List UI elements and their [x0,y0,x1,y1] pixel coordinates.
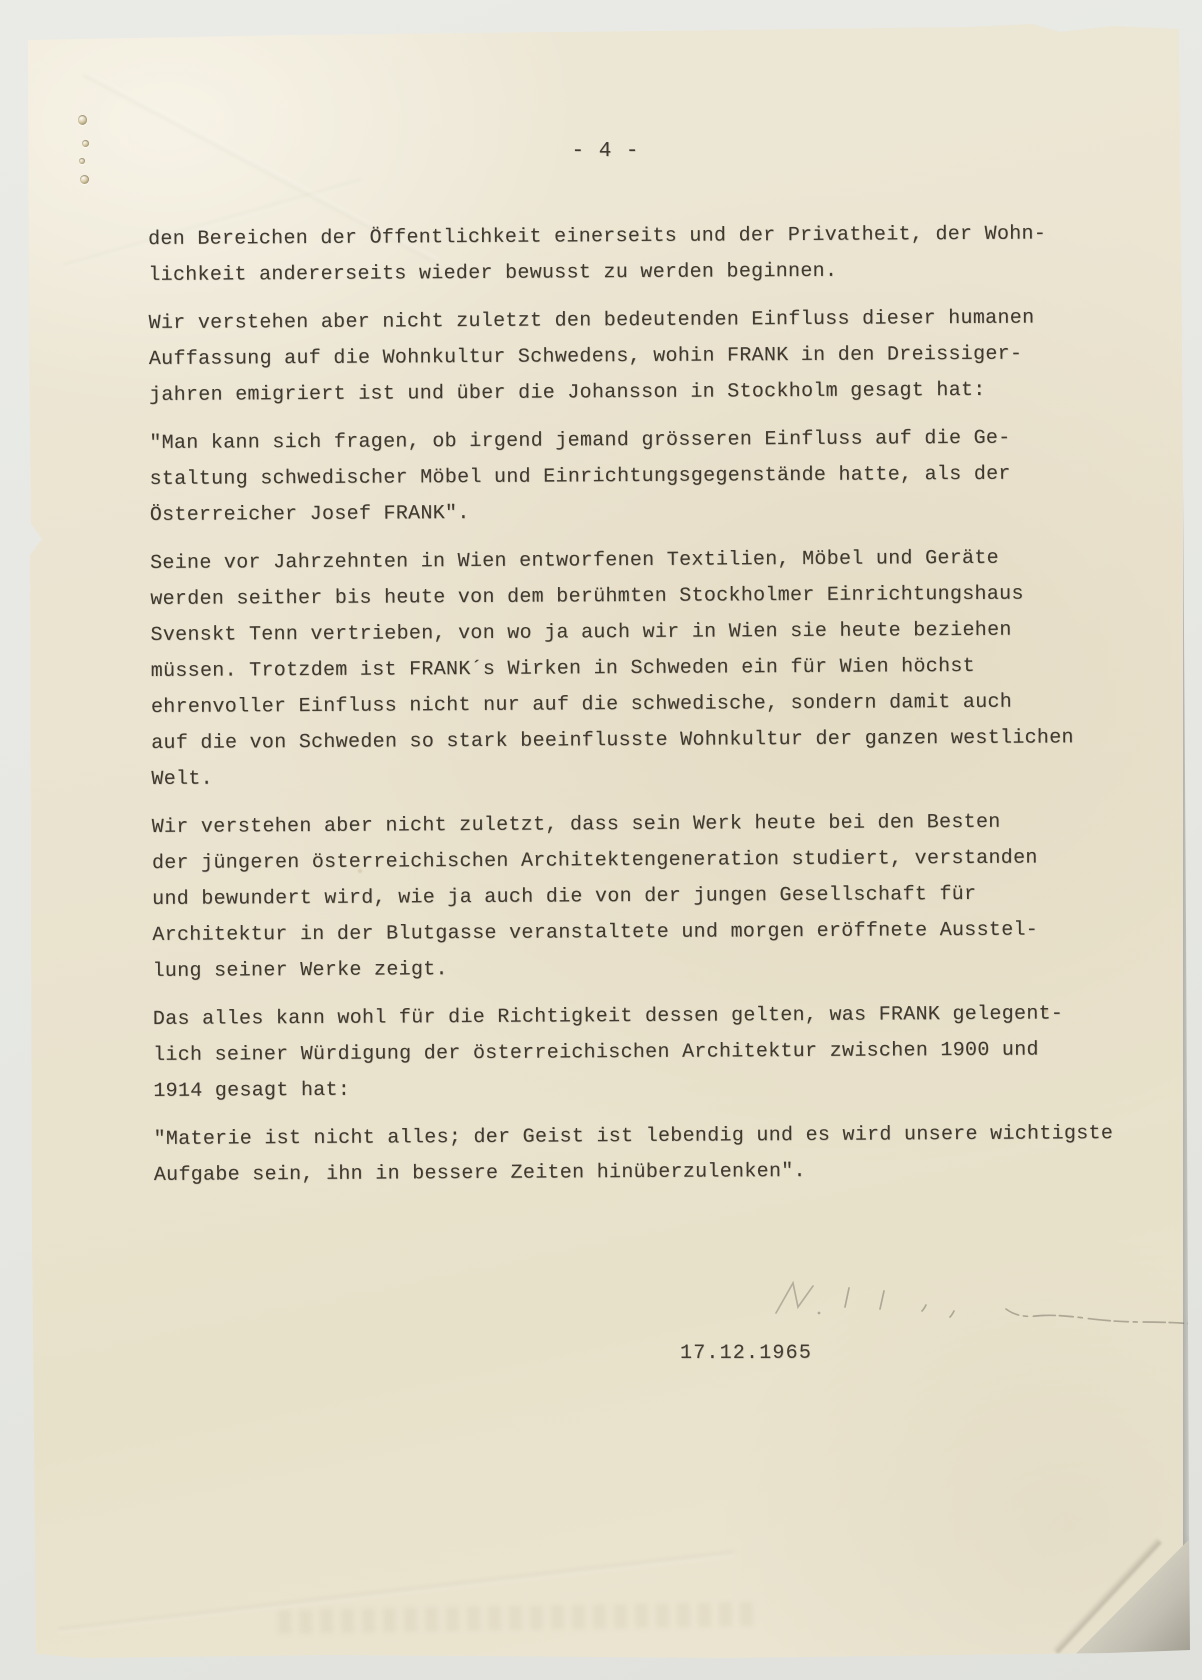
pin-hole [80,175,89,184]
paragraph: Das alles kann wohl für die Richtigkeit … [153,996,1194,1110]
text-line: lung seiner Werke zeigt. [152,948,1192,990]
ghost-impression [278,1602,758,1634]
text-line: den Bereichen der Öffentlichkeit einerse… [148,216,1188,258]
text-line: der jüngeren österreichischen Architekte… [152,840,1192,882]
paragraph: Wir verstehen aber nicht zuletzt, dass s… [152,804,1193,990]
corner-fold [1064,1536,1190,1658]
text-line: 1914 gesagt hat: [153,1068,1193,1110]
text-line: "Materie ist nicht alles; der Geist ist … [153,1116,1193,1158]
text-line: auf die von Schweden so stark beeinfluss… [151,720,1191,762]
text-line: Österreicher Josef FRANK". [150,492,1190,534]
text-line: Architektur in der Blutgasse veranstalte… [152,912,1192,954]
paragraph: den Bereichen der Öffentlichkeit einerse… [148,216,1188,294]
photo-background: - 4 - den Bereichen der Öffentlichkeit e… [0,0,1202,1680]
paragraph: "Materie ist nicht alles; der Geist ist … [153,1116,1193,1194]
typewritten-text: den Bereichen der Öffentlichkeit einerse… [148,216,1194,1206]
text-line: lichkeit andererseits wieder bewusst zu … [148,252,1188,294]
page-number: - 4 - [28,140,1183,163]
text-line: lich seiner Würdigung der österreichisch… [153,1032,1193,1074]
paragraph: "Man kann sich fragen, ob irgend jemand … [149,420,1190,534]
text-line: Aufgabe sein, ihn in bessere Zeiten hinü… [154,1152,1194,1194]
paragraph: Seine vor Jahrzehnten in Wien entworfene… [150,540,1192,798]
text-line: Wir verstehen aber nicht zuletzt den bed… [149,300,1189,342]
text-line: Welt. [151,756,1191,798]
text-line: jahren emigriert ist und über die Johans… [149,372,1189,414]
document-page: - 4 - den Bereichen der Öffentlichkeit e… [28,24,1183,1658]
paragraph: Wir verstehen aber nicht zuletzt den bed… [149,300,1190,414]
pin-hole [78,115,87,125]
pencil-signature [700,1255,1202,1355]
